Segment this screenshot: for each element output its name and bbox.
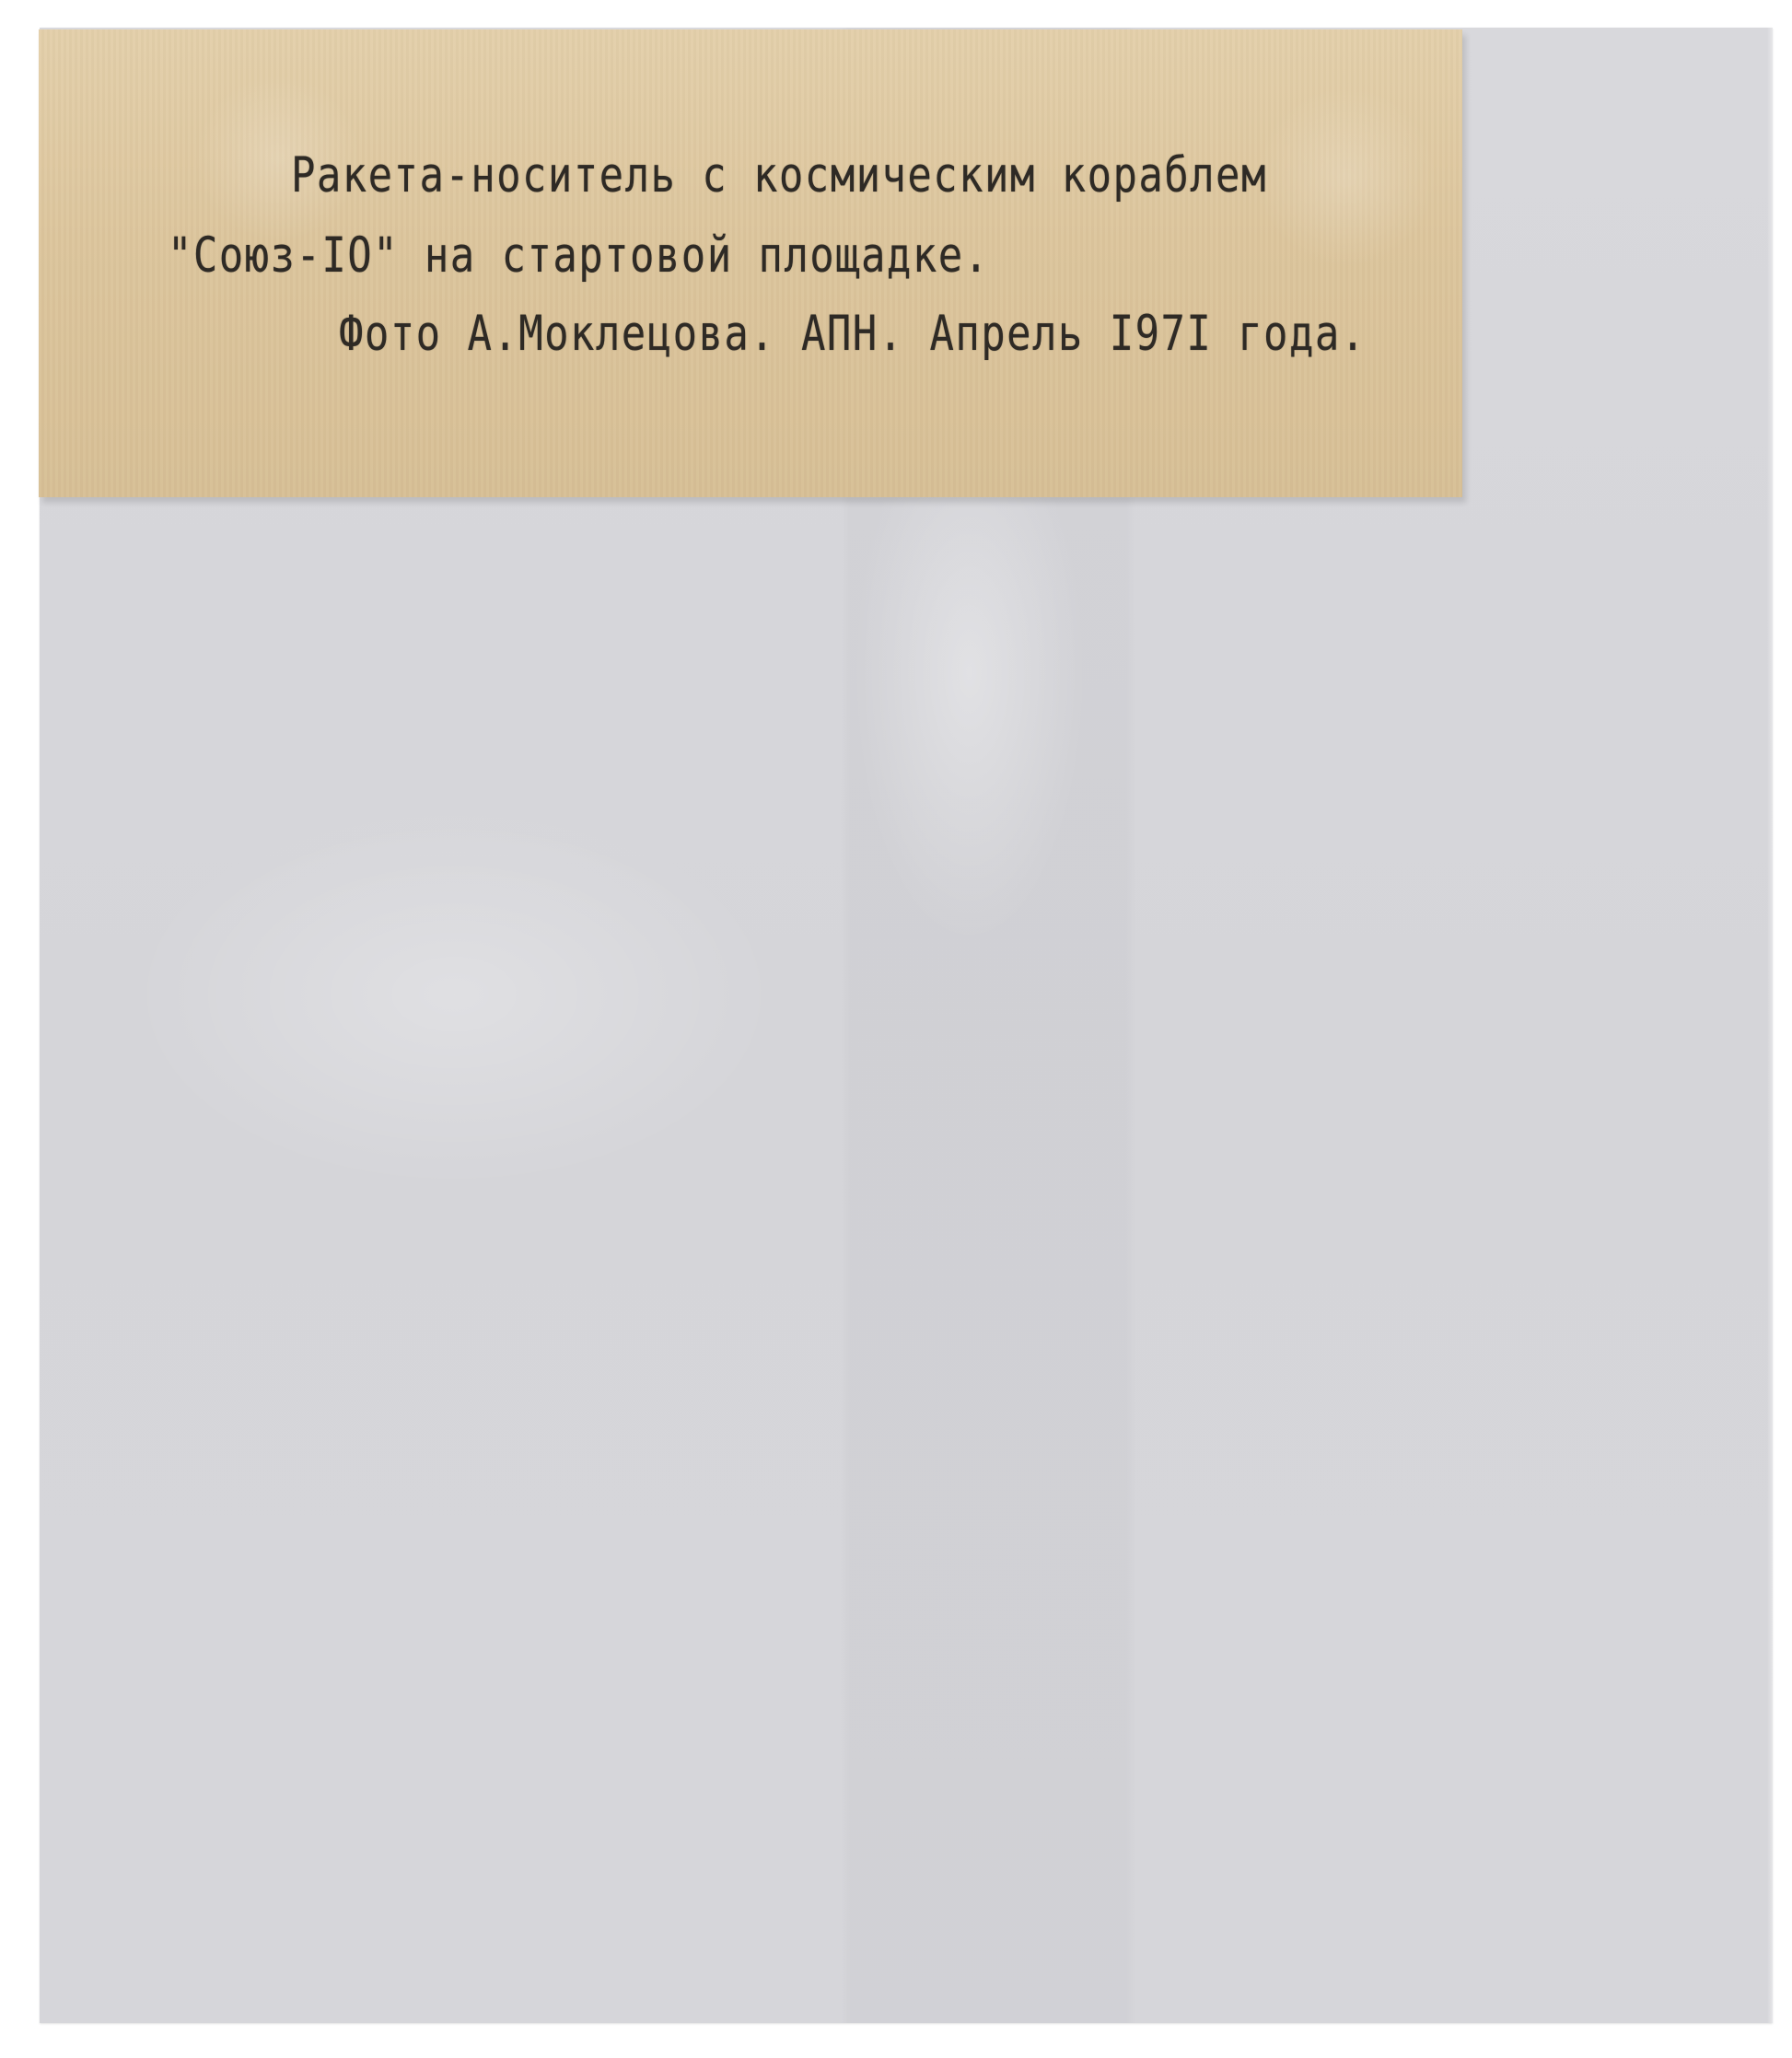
caption-line-title: Ракета-носитель с космическим кораблем xyxy=(291,147,1267,203)
caption-label: Ракета-носитель с космическим кораблем "… xyxy=(39,29,1462,497)
paper-edge xyxy=(1767,28,1773,2023)
caption-line-credit: Фото А.Моклецова. АПН. Апрель I97I года. xyxy=(339,306,1367,362)
caption-line-subject: "Союз-IO" на стартовой площадке. xyxy=(168,227,990,284)
